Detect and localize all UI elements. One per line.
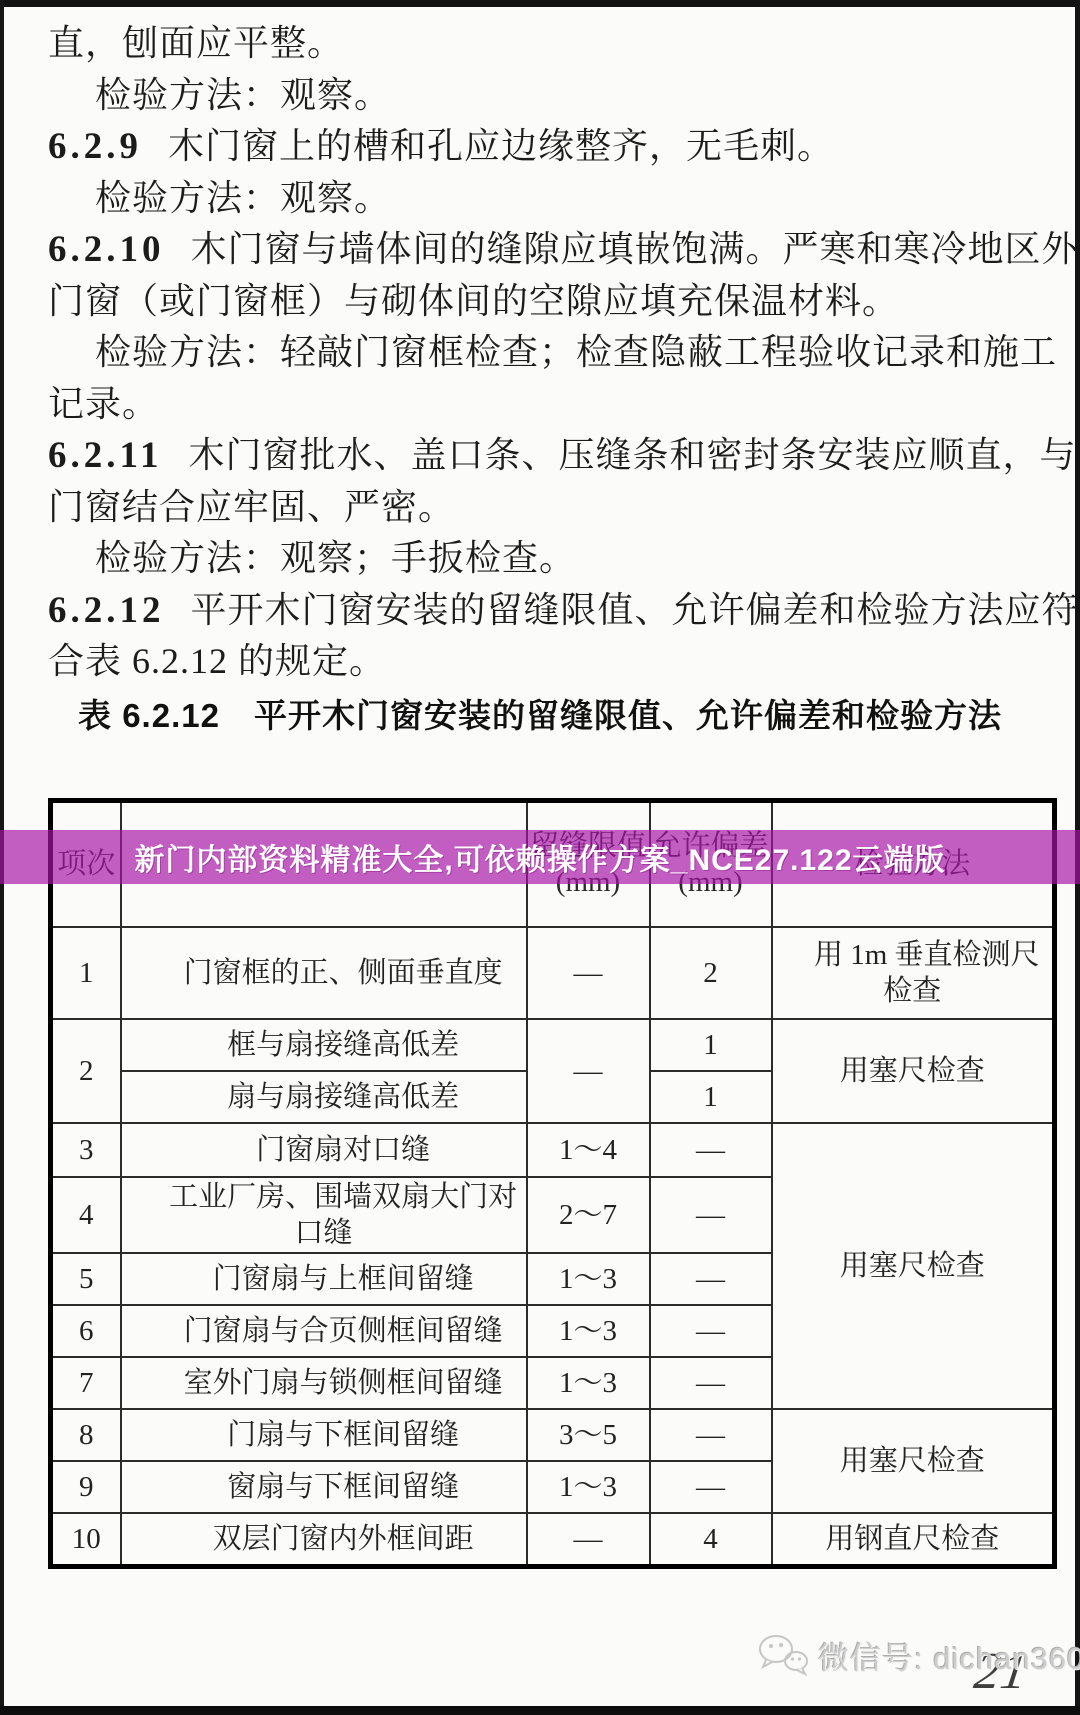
body-line: 6.2.9木门窗上的槽和孔应边缘整齐，无毛刺。: [48, 121, 1058, 173]
cell-item: 门窗框的正、侧面垂直度: [121, 927, 527, 1019]
cell-item: 工业厂房、围墙双扇大门对口缝: [121, 1177, 527, 1253]
body-line-text: 检验方法：轻敲门窗框检查；检查隐蔽工程验收记录和施工: [95, 332, 1057, 372]
body-line-text: 门窗（或门窗框）与砌体间的空隙应填充保温材料。: [48, 281, 899, 321]
document-page: 直，刨面应平整。 检验方法：观察。 6.2.9木门窗上的槽和孔应边缘整齐，无毛刺…: [0, 0, 1080, 1715]
body-line-text: 直，刨面应平整。: [48, 23, 344, 63]
cell-item-no: 8: [51, 1409, 121, 1461]
cell-method: 用 1m 垂直检测尺检查: [772, 927, 1055, 1019]
body-line-text: 木门窗上的槽和孔应边缘整齐，无毛刺。: [168, 126, 834, 166]
cell-tolerance: 1: [650, 1019, 772, 1071]
table-6-2-12: 项次 留缝限值(mm) 允许偏差(mm) 检验方法 1 门窗框的正、侧面垂直度 …: [48, 798, 1057, 1569]
cell-item-no: 5: [51, 1253, 121, 1305]
body-line: 门窗（或门窗框）与砌体间的空隙应填充保温材料。: [48, 276, 1058, 328]
cell-item-no: 4: [51, 1177, 121, 1253]
cell-tolerance: —: [650, 1305, 772, 1357]
cell-tolerance: —: [650, 1177, 772, 1253]
cell-item: 框与扇接缝高低差: [121, 1019, 527, 1071]
watermark-text: 微信号: dichan360: [818, 1633, 1080, 1678]
wechat-icon: [756, 1632, 810, 1678]
cell-gap-limit: 2～7: [527, 1177, 650, 1253]
cell-item: 扇与扇接缝高低差: [121, 1071, 527, 1123]
cell-item-no: 10: [51, 1513, 121, 1567]
section-number: 6.2.12: [48, 590, 165, 631]
body-line-text: 检验方法：观察；手扳检查。: [95, 538, 576, 578]
body-line: 检验方法：观察；手扳检查。: [48, 533, 1058, 585]
cell-gap-limit: 1～3: [527, 1461, 650, 1513]
cell-tolerance: —: [650, 1461, 772, 1513]
cell-tolerance: —: [650, 1357, 772, 1409]
body-line-text: 合表 6.2.12 的规定。: [48, 641, 386, 681]
cell-item: 双层门窗内外框间距: [121, 1513, 527, 1567]
cell-tolerance: 2: [650, 927, 772, 1019]
cell-method: 用塞尺检查: [772, 1019, 1055, 1123]
body-line: 检验方法：轻敲门窗框检查；检查隐蔽工程验收记录和施工: [48, 327, 1058, 379]
body-line: 6.2.11木门窗批水、盖口条、压缝条和密封条安装应顺直，与: [48, 430, 1058, 482]
section-number: 6.2.11: [48, 435, 162, 476]
cell-item-no: 6: [51, 1305, 121, 1357]
cell-gap-limit: 1～3: [527, 1253, 650, 1305]
cell-gap-limit: 1～3: [527, 1305, 650, 1357]
cell-method: 用塞尺检查: [772, 1409, 1055, 1513]
cell-item: 门窗扇与合页侧框间留缝: [121, 1305, 527, 1357]
cell-tolerance: 4: [650, 1513, 772, 1567]
body-line: 检验方法：观察。: [48, 173, 1058, 225]
cell-gap-limit: —: [527, 1513, 650, 1567]
body-line-text: 门窗结合应牢固、严密。: [48, 487, 455, 527]
section-number: 6.2.10: [48, 229, 165, 270]
cell-gap-limit: 1～3: [527, 1357, 650, 1409]
watermark: 微信号: dichan360: [756, 1632, 1080, 1678]
body-line-text: 平开木门窗安装的留缝限值、允许偏差和检验方法应符: [191, 590, 1079, 630]
body-text: 直，刨面应平整。 检验方法：观察。 6.2.9木门窗上的槽和孔应边缘整齐，无毛刺…: [48, 18, 1058, 688]
body-line-text: 检验方法：观察。: [95, 75, 391, 115]
cell-item: 门窗扇与上框间留缝: [121, 1253, 527, 1305]
scan-border-bottom: [0, 1706, 1080, 1715]
body-line: 记录。: [48, 379, 1058, 431]
cell-tolerance: —: [650, 1253, 772, 1305]
cell-item-no: 3: [51, 1123, 121, 1177]
body-line-text: 检验方法：观察。: [95, 178, 391, 218]
cell-item: 门扇与下框间留缝: [121, 1409, 527, 1461]
body-line: 直，刨面应平整。: [48, 18, 1058, 70]
body-line: 门窗结合应牢固、严密。: [48, 482, 1058, 534]
cell-item: 窗扇与下框间留缝: [121, 1461, 527, 1513]
table-title: 表 6.2.12 平开木门窗安装的留缝限值、允许偏差和检验方法: [0, 690, 1080, 737]
body-line: 合表 6.2.12 的规定。: [48, 636, 1058, 688]
cell-item: 门窗扇对口缝: [121, 1123, 527, 1177]
cell-gap-limit: —: [527, 927, 650, 1019]
cell-tolerance: —: [650, 1123, 772, 1177]
cell-method: 用塞尺检查: [772, 1123, 1055, 1409]
body-line-text: 木门窗与墙体间的缝隙应填嵌饱满。严寒和寒冷地区外: [191, 229, 1079, 269]
cell-gap-limit: 3～5: [527, 1409, 650, 1461]
body-line: 6.2.12平开木门窗安装的留缝限值、允许偏差和检验方法应符: [48, 585, 1058, 637]
body-line-text: 木门窗批水、盖口条、压缝条和密封条安装应顺直，与: [188, 435, 1076, 475]
cell-item-no: 1: [51, 927, 121, 1019]
cell-method: 用钢直尺检查: [772, 1513, 1055, 1567]
body-line-text: 记录。: [48, 384, 159, 424]
promo-overlay-text: 新门内部资料精准大全,可依赖操作方案_NCE27.122云端版: [134, 835, 945, 879]
cell-item-no: 9: [51, 1461, 121, 1513]
cell-gap-limit: —: [527, 1019, 650, 1123]
promo-overlay-banner: 新门内部资料精准大全,可依赖操作方案_NCE27.122云端版: [0, 830, 1080, 884]
body-line: 检验方法：观察。: [48, 70, 1058, 122]
cell-item: 室外门扇与锁侧框间留缝: [121, 1357, 527, 1409]
section-number: 6.2.9: [48, 126, 142, 167]
scan-border-top: [0, 0, 1080, 7]
body-line: 6.2.10木门窗与墙体间的缝隙应填嵌饱满。严寒和寒冷地区外: [48, 224, 1058, 276]
cell-item-no: 7: [51, 1357, 121, 1409]
cell-gap-limit: 1～4: [527, 1123, 650, 1177]
cell-tolerance: 1: [650, 1071, 772, 1123]
cell-tolerance: —: [650, 1409, 772, 1461]
cell-item-no: 2: [51, 1019, 121, 1123]
